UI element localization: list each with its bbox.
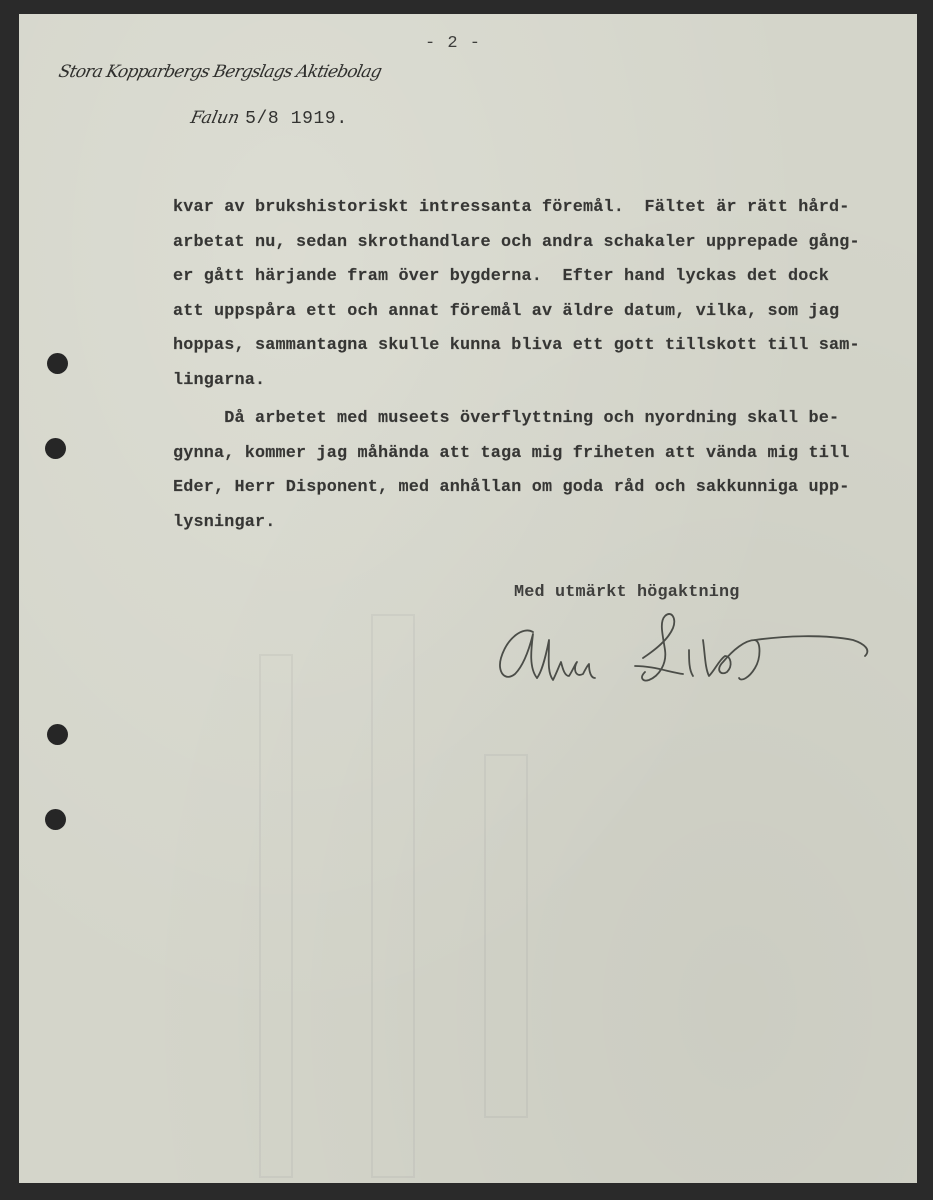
place-name: Falun: [189, 108, 241, 128]
handwritten-signature: Alvar Silow: [493, 610, 883, 700]
letterhead-company-name: Stora Kopparbergs Bergslags Aktiebolag: [57, 62, 383, 82]
dateline: Falun 5/8 1919.: [191, 108, 348, 129]
body-line: lysningar.: [173, 506, 893, 541]
bleed-through-stamp: [484, 754, 528, 1118]
signature-icon: [493, 610, 883, 700]
page-number: - 2 -: [425, 34, 481, 53]
body-line: arbetat nu, sedan skrothandlare och andr…: [173, 226, 893, 261]
punch-hole: [47, 724, 68, 745]
bleed-through-stamp: [259, 654, 293, 1178]
letter-date: 5/8 1919.: [245, 109, 348, 129]
punch-hole: [47, 353, 68, 374]
letter-body: kvar av brukshistoriskt intressanta före…: [173, 191, 893, 540]
letter-page: - 2 - Stora Kopparbergs Bergslags Aktieb…: [19, 14, 917, 1183]
punch-hole: [45, 438, 66, 459]
body-line: er gått härjande fram över bygderna. Eft…: [173, 260, 893, 295]
body-line: Eder, Herr Disponent, med anhållan om go…: [173, 471, 893, 506]
body-line: hoppas, sammantagna skulle kunna bliva e…: [173, 329, 893, 364]
body-line: kvar av brukshistoriskt intressanta före…: [173, 191, 893, 226]
body-line: Då arbetet med museets överflyttning och…: [173, 402, 893, 437]
closing-salutation: Med utmärkt högaktning: [514, 583, 740, 602]
body-line: gynna, kommer jag måhända att taga mig f…: [173, 437, 893, 472]
punch-hole: [45, 809, 66, 830]
bleed-through-stamp: [371, 614, 415, 1178]
body-line: att uppspåra ett och annat föremål av äl…: [173, 295, 893, 330]
body-line: lingarna.: [173, 364, 893, 399]
